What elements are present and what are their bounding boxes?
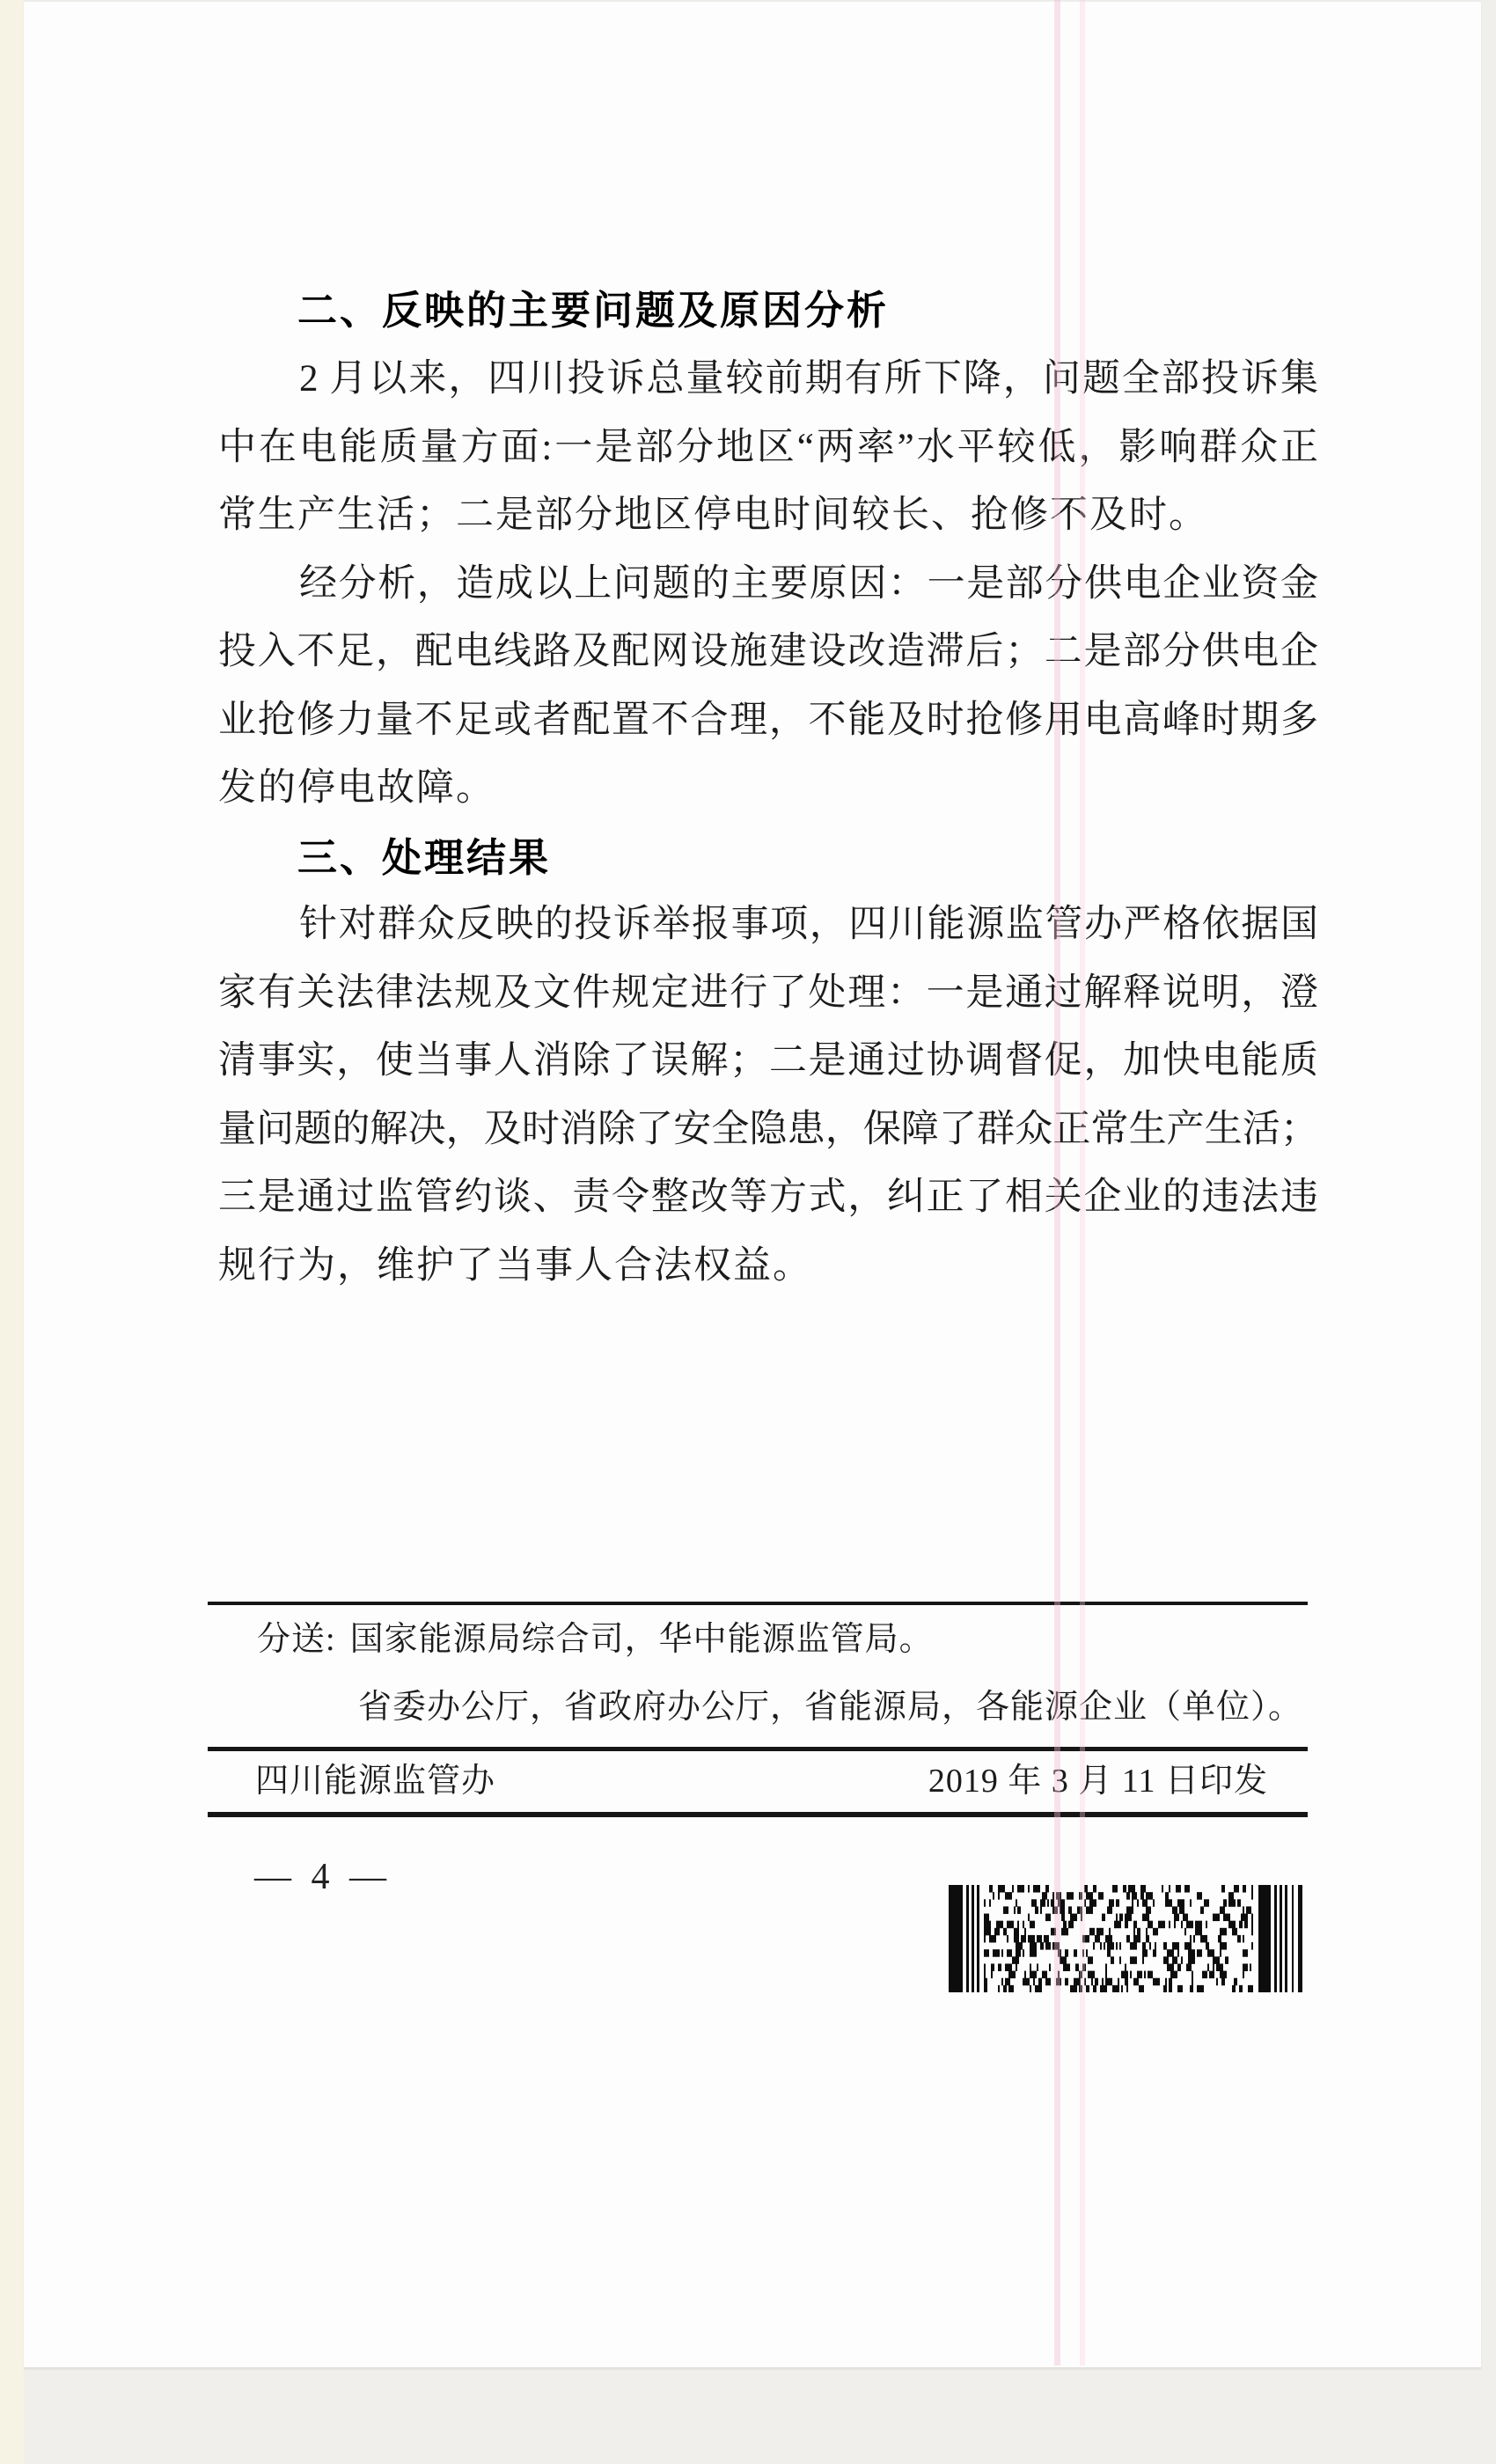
footer-top-rule <box>208 1602 1308 1605</box>
body-text-line: 家有关法律法规及文件规定进行了处理：一是通过解释说明，澄 <box>218 971 1318 1016</box>
body-text-line: 常生产生活；二是部分地区停电时间较长、抢修不及时。 <box>218 493 1318 539</box>
distribution-line-2: 省委办公厅，省政府办公厅，省能源局，各能源企业（单位）。 <box>358 1687 1302 1727</box>
section-heading: 三、处理结果 <box>297 834 551 882</box>
body-text-line: 发的停电故障。 <box>218 766 1318 811</box>
body-text-line: 业抢修力量不足或者配置不合理，不能及时抢修用电高峰时期多 <box>218 698 1318 744</box>
distribution-recipients-1: 国家能源局综合司，华中能源监管局。 <box>350 1621 934 1658</box>
body-text-line: 三是通过监管约谈、责令整改等方式，纠正了相关企业的违法违 <box>218 1175 1318 1221</box>
section-heading: 二、反映的主要问题及原因分析 <box>297 287 889 334</box>
body-text-line: 经分析，造成以上问题的主要原因：一是部分供电企业资金 <box>218 561 1318 607</box>
pdf417-barcode <box>949 1885 1305 1992</box>
footer-middle-rule <box>208 1747 1308 1751</box>
print-date: 2019 年 3 月 11 日印发 <box>928 1761 1268 1801</box>
body-text-line: 规行为，维护了当事人合法权益。 <box>218 1243 1318 1289</box>
distribution-line-1: 分送:国家能源局综合司，华中能源监管局。 <box>257 1619 934 1660</box>
footer-bottom-rule <box>208 1812 1308 1817</box>
body-text-line: 量问题的解决，及时消除了安全隐患，保障了群众正常生产生活； <box>218 1107 1318 1153</box>
issuing-office: 四川能源监管办 <box>255 1761 495 1801</box>
scanned-document-canvas: 二、反映的主要问题及原因分析2 月以来，四川投诉总量较前期有所下降，问题全部投诉… <box>0 0 1496 2464</box>
body-text-line: 针对群众反映的投诉举报事项，四川能源监管办严格依据国 <box>218 902 1318 948</box>
body-text-line: 2 月以来，四川投诉总量较前期有所下降，问题全部投诉集 <box>218 356 1318 402</box>
body-text-line: 清事实，使当事人消除了误解；二是通过协调督促，加快电能质 <box>218 1038 1318 1084</box>
scan-left-margin <box>0 0 24 2464</box>
distribution-label: 分送: <box>257 1621 336 1658</box>
body-text-line: 投入不足，配电线路及配网设施建设改造滞后；二是部分供电企 <box>218 629 1318 675</box>
body-text-line: 中在电能质量方面:一是部分地区“两率”水平较低，影响群众正 <box>218 425 1318 471</box>
page-number: — 4 — <box>254 1857 392 1897</box>
